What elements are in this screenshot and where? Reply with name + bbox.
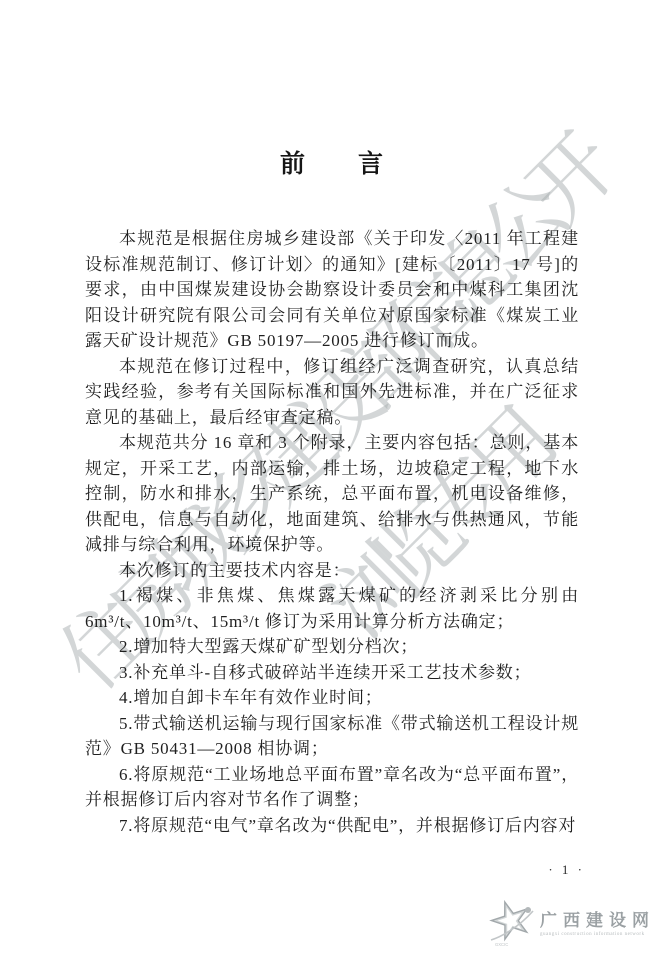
page-number: · 1 · <box>548 862 585 878</box>
list-item-7: 7.将原规范“电气”章名改为“供配电”，并根据修订后内容对 <box>85 813 579 839</box>
body-text: 本规范是根据住房城乡建设部《关于印发〈2011 年工程建设标准规范制订、修订计划… <box>85 226 579 838</box>
star-icon: GXCIC <box>489 895 535 954</box>
logo-brand-text: 广西建设网 <box>540 912 655 930</box>
document-page: 住房城乡建设部信息公开 浏览专用 前 言 本规范是根据住房城乡建设部《关于印发〈… <box>0 0 661 958</box>
paragraph-3: 本规范共分 16 章和 3 个附录，主要内容包括：总则，基本规定，开采工艺，内部… <box>85 430 579 558</box>
paragraph-1: 本规范是根据住房城乡建设部《关于印发〈2011 年工程建设标准规范制订、修订计划… <box>85 226 579 354</box>
logo-tagline: guangxi construction information network <box>540 932 655 937</box>
list-item-4: 4.增加自卸卡车年有效作业时间； <box>85 685 579 711</box>
list-item-3: 3.补充单斗-自移式破碎站半连续开采工艺技术参数； <box>85 660 579 686</box>
list-item-1: 1.褐煤、非焦煤、焦煤露天煤矿的经济剥采比分别由 6m³/t、10m³/t、15… <box>85 583 579 634</box>
paragraph-4: 本次修订的主要技术内容是： <box>85 558 579 584</box>
list-item-2: 2.增加特大型露天煤矿矿型划分档次； <box>85 634 579 660</box>
list-item-6: 6.将原规范“工业场地总平面布置”章名改为“总平面布置”，并根据修订后内容对节名… <box>85 762 579 813</box>
page-title: 前 言 <box>85 144 579 180</box>
svg-text:GXCIC: GXCIC <box>495 942 508 947</box>
footer-logo: GXCIC 广西建设网 guangxi construction informa… <box>489 895 655 954</box>
list-item-5: 5.带式输送机运输与现行国家标准《带式输送机工程设计规范》GB 50431—20… <box>85 711 579 762</box>
paragraph-2: 本规范在修订过程中，修订组经广泛调查研究，认真总结实践经验，参考有关国际标准和国… <box>85 354 579 431</box>
